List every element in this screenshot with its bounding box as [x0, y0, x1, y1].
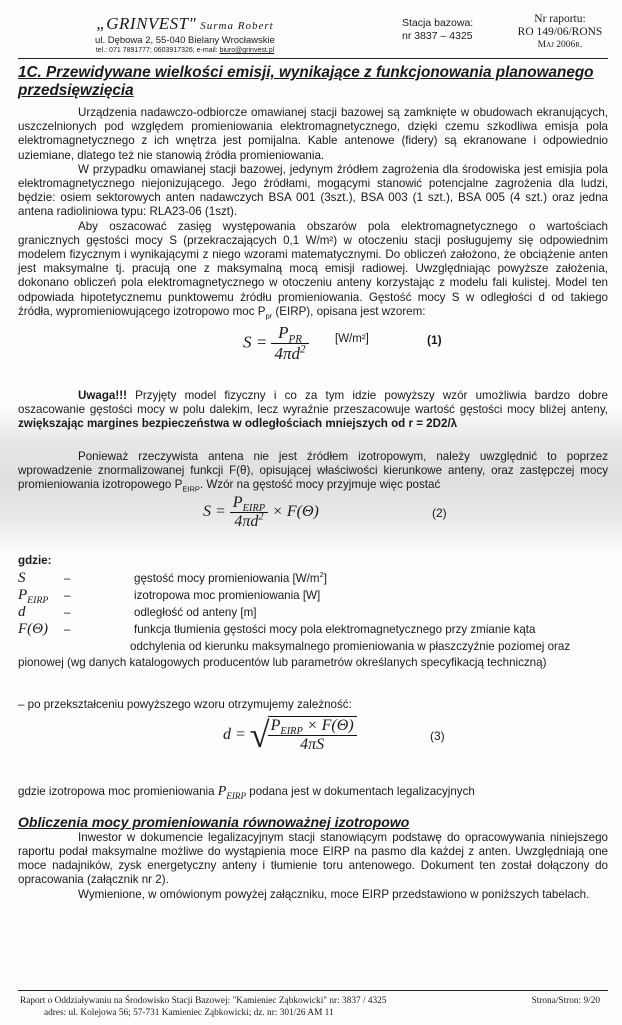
station-number: nr 3837 – 4325	[402, 30, 473, 43]
company-address: ul. Dębowa 2, 55-040 Bielany Wrocławskie	[40, 35, 330, 46]
company-contact: tel.: 071 7891777; 0603917326; e-mail: b…	[40, 47, 330, 54]
report-label: Nr raportu:	[500, 13, 620, 26]
formula-1-unit: [W/m²]	[335, 333, 369, 345]
station-block: Stacja bazowa: nr 3837 – 4325	[402, 17, 473, 43]
paragraph-3: Aby oszacować zasięg występowania obszar…	[18, 220, 608, 319]
definition-row: d – odległość od anteny [m]	[18, 604, 608, 621]
formula-1: S = PPR 4πd2 [W/m²] (1)	[18, 319, 608, 365]
formula-3-number: (3)	[430, 729, 445, 743]
paragraph-2: W przypadku omawianej stacji bazowej, je…	[18, 163, 608, 220]
paragraph-4: Ponieważ rzeczywista antena nie jest źró…	[18, 450, 608, 493]
contact-phones: tel.: 071 7891777; 0603917326; e-mail:	[96, 47, 220, 54]
report-block: Nr raportu: RO 149/06/RONS Maj 2006r.	[500, 13, 620, 52]
formula-2-number: (2)	[432, 506, 447, 520]
formula-1-fraction: PPR 4πd2	[271, 323, 308, 364]
report-number: RO 149/06/RONS	[500, 26, 620, 39]
definition-continuation-2: pionowej (wg danych katalogowych produce…	[18, 655, 608, 670]
header-divider	[18, 58, 608, 59]
page-header: „GRINVEST"Surma Robert ul. Dębowa 2, 55-…	[0, 8, 622, 58]
station-label: Stacja bazowa:	[402, 17, 473, 30]
page-number: Strona/Stron: 9/20	[532, 995, 600, 1007]
formula-2: S = PEIRP 4πd2 × F(Θ) (2)	[18, 492, 608, 542]
transform-text: – po przekształceniu powyższego wzoru ot…	[18, 698, 608, 712]
footer-address: adres: ul. Kolejowa 56; 57-731 Kamieniec…	[44, 1007, 334, 1019]
warning-paragraph: Uwaga!!! Przyjęty model fizyczny i co za…	[18, 389, 608, 432]
footer-report-title: Raport o Oddziaływaniu na Środowisko Sta…	[20, 995, 386, 1007]
section-title: 1C. Przewidywane wielkości emisji, wynik…	[18, 64, 608, 100]
email-link[interactable]: biuro@grinvest.pl	[220, 47, 275, 54]
company-block: „GRINVEST"Surma Robert ul. Dębowa 2, 55-…	[40, 14, 330, 54]
formula-3-fraction: PEIRP × F(Θ) 4πS	[268, 716, 357, 754]
definition-row: F(Θ) – funkcja tłumienia gęstości mocy p…	[18, 621, 608, 638]
subsection-paragraph-2: Wymienione, w omówionym powyżej załączni…	[18, 888, 608, 902]
definitions-list: S – gęstość mocy promieniowania [W/m2] P…	[18, 570, 608, 670]
definition-row: S – gęstość mocy promieniowania [W/m2]	[18, 570, 608, 587]
company-owner: Surma Robert	[200, 20, 273, 32]
formula-1-number: (1)	[427, 333, 442, 347]
formula-1-lhs: S =	[243, 332, 267, 351]
definition-row: PEIRP – izotropowa moc promieniowania [W…	[18, 587, 608, 604]
subsection-paragraph-1: Inwestor w dokumencie legalizacyjnym sta…	[18, 831, 608, 888]
main-content: 1C. Przewidywane wielkości emisji, wynik…	[18, 64, 608, 902]
formula-2-fraction: PEIRP 4πd2	[230, 494, 268, 531]
eirp-note: gdzie izotropowa moc promieniowania PEIR…	[18, 785, 608, 799]
definition-continuation: odchylenia od kierunku maksymalnego prom…	[18, 638, 608, 655]
subsection-title: Obliczenia mocy promieniowania równoważn…	[18, 813, 608, 831]
company-name: „GRINVEST"	[96, 14, 196, 33]
footer-divider	[18, 990, 608, 991]
document-page: „GRINVEST"Surma Robert ul. Dębowa 2, 55-…	[0, 0, 622, 1025]
formula-3: d = √ PEIRP × F(Θ) 4πS (3)	[18, 713, 608, 763]
paragraph-1: Urządzenia nadawczo-odbiorcze omawianej …	[18, 106, 608, 163]
warning-label: Uwaga!!!	[78, 389, 127, 402]
where-label: gdzie:	[18, 554, 608, 568]
report-date: Maj 2006r.	[500, 39, 620, 52]
